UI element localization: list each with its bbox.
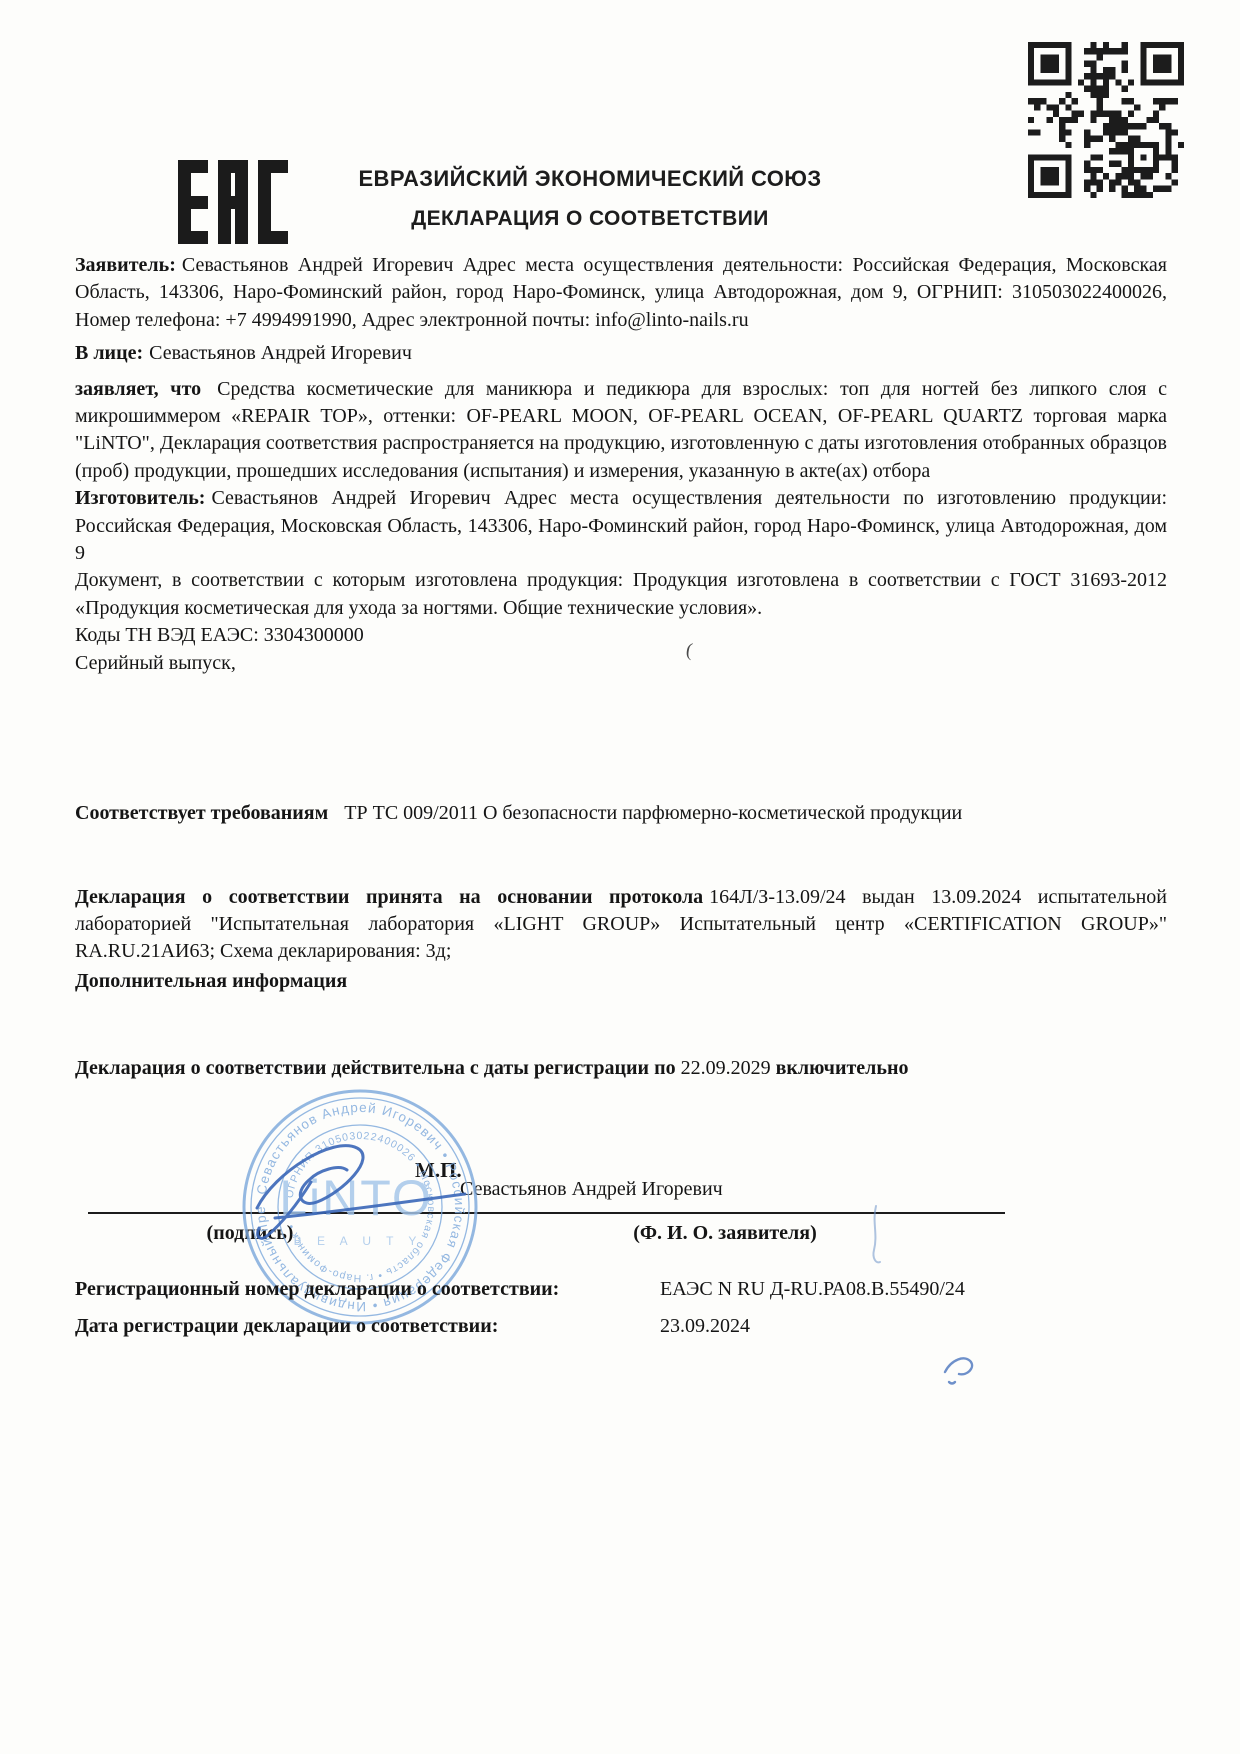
pen-mark-icon [862,1200,892,1275]
document-body: Заявитель:Севастьянов Андрей Игоревич Ад… [75,252,1167,1083]
protocol-paragraph: Декларация о соответствии принята на осн… [75,884,1167,966]
tnved-code-line: Коды ТН ВЭД ЕАЭС: 3304300000 [75,622,1167,649]
union-name: ЕВРАЗИЙСКИЙ ЭКОНОМИЧЕСКИЙ СОЮЗ [10,166,1170,192]
document-header: ЕВРАЗИЙСКИЙ ЭКОНОМИЧЕСКИЙ СОЮЗ ДЕКЛАРАЦИ… [10,166,1170,231]
handwritten-signature [215,1120,545,1265]
reg-date-label: Дата регистрации декларации о соответств… [75,1315,498,1338]
qr-code-icon [1028,42,1184,198]
complies-text: ТР ТС 009/2011 О безопасности парфюмерно… [344,802,962,824]
declaration-document: ЕВРАЗИЙСКИЙ ЭКОНОМИЧЕСКИЙ СОЮЗ ДЕКЛАРАЦИ… [0,0,1240,1754]
manufacturer-paragraph: Изготовитель:Севастьянов Андрей Игоревич… [75,485,1167,567]
manufacturer-label: Изготовитель: [75,487,205,509]
document-basis-line: Документ, в соответствии с которым изгот… [75,567,1167,622]
reg-date-value: 23.09.2024 [660,1315,750,1338]
validity-label-end: включительно [776,1057,909,1079]
pen-mark-icon [935,1338,985,1403]
in-person-paragraph: В лице:Севастьянов Андрей Игоревич [75,340,1167,367]
applicant-label: Заявитель: [75,254,176,276]
reg-number-label: Регистрационный номер декларации о соотв… [75,1278,559,1301]
declares-paragraph: заявляет, чтоСредства косметические для … [75,376,1167,486]
complies-paragraph: Соответствует требованиямТР ТС 009/2011 … [75,800,1167,827]
declares-text: Средства косметические для маникюра и пе… [75,378,1167,482]
serial-release-line: Серийный выпуск, [75,650,1167,677]
protocol-label: Декларация о соответствии принята на осн… [75,886,703,908]
manufacturer-text: Севастьянов Андрей Игоревич Адрес места … [75,487,1167,564]
validity-date: 22.09.2029 [681,1057,771,1079]
applicant-paragraph: Заявитель:Севастьянов Андрей Игоревич Ад… [75,252,1167,334]
reg-number-value: ЕАЭС N RU Д-RU.РА08.В.55490/24 [660,1278,965,1301]
declares-label: заявляет, что [75,378,201,400]
page-title: ДЕКЛАРАЦИЯ О СООТВЕТСТВИИ [10,207,1170,231]
in-person-label: В лице: [75,342,143,364]
complies-label: Соответствует требованиям [75,802,328,824]
additional-info-label: Дополнительная информация [75,968,1167,995]
applicant-text: Севастьянов Андрей Игоревич Адрес места … [75,254,1167,331]
in-person-text: Севастьянов Андрей Игоревич [149,342,412,364]
